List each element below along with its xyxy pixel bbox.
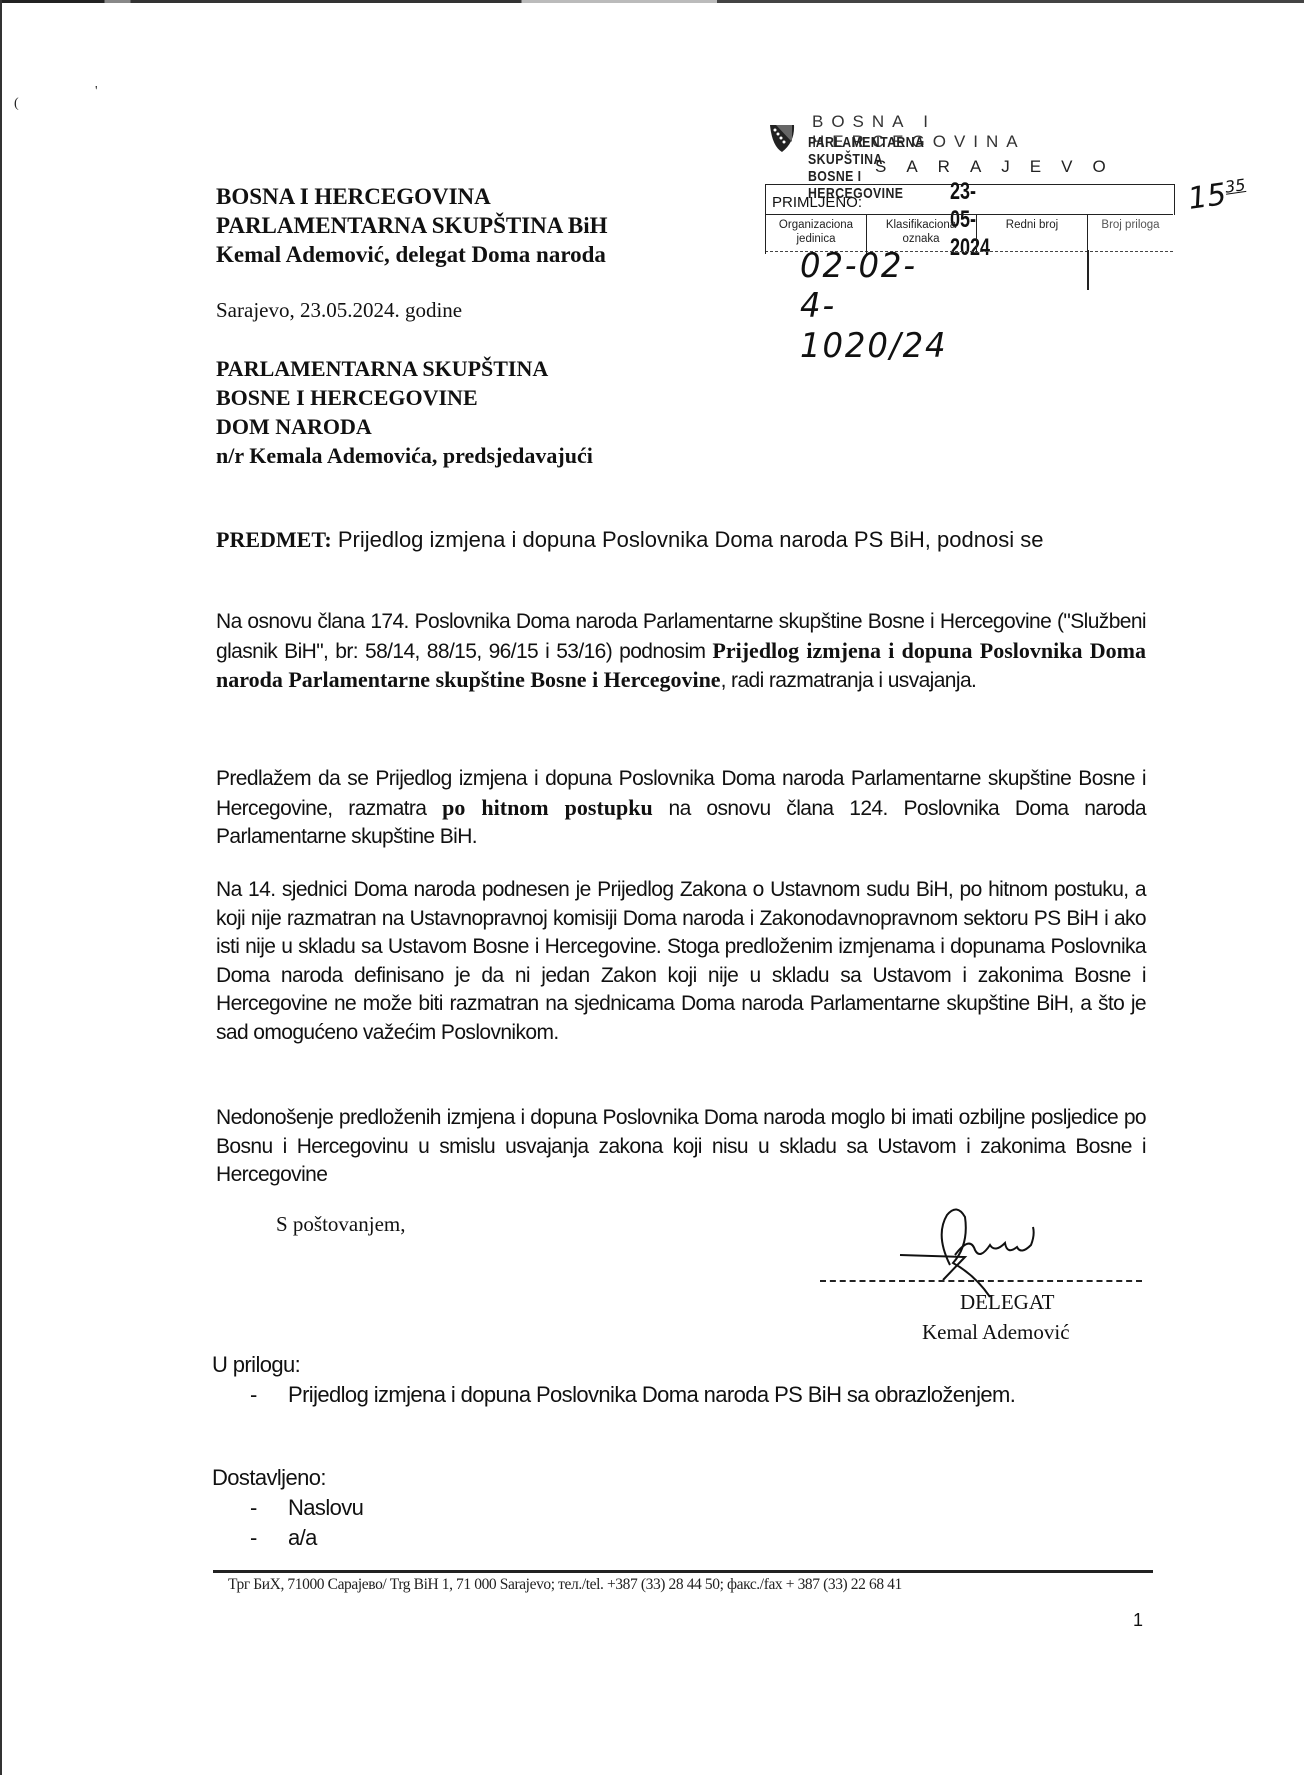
- attachment-item: -Prijedlog izmjena i dopuna Poslovnika D…: [250, 1382, 1015, 1408]
- recipient-line-3: DOM NARODA: [216, 412, 593, 441]
- recipient-line-4: n/r Kemala Ademovića, predsjedavajući: [216, 441, 593, 470]
- stamp-received-label: PRIMLJENO:: [772, 194, 862, 211]
- p1-text-end: , radi razmatranja i usvajanja.: [721, 669, 977, 692]
- received-time-hour: 15: [1186, 177, 1229, 217]
- stamp-registration-number: 02-02-4-1020/24: [800, 246, 947, 366]
- page-number: 1: [1133, 1610, 1143, 1631]
- date-line: Sarajevo, 23.05.2024. godine: [216, 298, 462, 323]
- delivered-item: -a/a: [250, 1525, 317, 1551]
- subject-text: Prijedlog izmjena i dopuna Poslovnika Do…: [332, 527, 1044, 552]
- signature-icon: [895, 1205, 1075, 1300]
- recipient-block: PARLAMENTARNA SKUPŠTINA BOSNE I HERCEGOV…: [216, 354, 593, 470]
- stamp-col-serial: Redni broj: [977, 215, 1088, 254]
- delivered-item-text: a/a: [288, 1525, 317, 1550]
- sender-block: BOSNA I HERCEGOVINA PARLAMENTARNA SKUPŠT…: [216, 182, 607, 269]
- scan-left-edge: [0, 0, 2, 1775]
- scan-speck: ': [95, 84, 98, 100]
- coat-of-arms-icon: [768, 122, 798, 154]
- received-time: 1535: [1186, 174, 1249, 217]
- subject-label: PREDMET:: [216, 527, 332, 552]
- sender-country: BOSNA I HERCEGOVINA: [216, 182, 607, 211]
- p2-bold: po hitnom postupku: [442, 795, 653, 820]
- body-paragraph-4: Nedonošenje predloženih izmjena i dopuna…: [216, 1104, 1146, 1190]
- footer-rule: [213, 1570, 1153, 1573]
- delivered-heading: Dostavljeno:: [212, 1465, 326, 1491]
- closing-greeting: S poštovanjem,: [276, 1212, 406, 1237]
- signatory-name: Kemal Ademović: [922, 1320, 1070, 1345]
- body-paragraph-3: Na 14. sjednici Doma naroda podnesen je …: [216, 876, 1146, 1047]
- delivered-item-text: Naslovu: [288, 1495, 363, 1520]
- signature-line: [820, 1280, 1142, 1282]
- attachment-item-text: Prijedlog izmjena i dopuna Poslovnika Do…: [288, 1382, 1015, 1407]
- body-paragraph-1: Na osnovu člana 174. Poslovnika Doma nar…: [216, 608, 1146, 696]
- stamp-col-attachments: Broj priloga: [1088, 215, 1173, 254]
- recipient-line-1: PARLAMENTARNA SKUPŠTINA: [216, 354, 593, 383]
- sender-person: Kemal Ademović, delegat Doma naroda: [216, 240, 607, 269]
- signatory-title: DELEGAT: [960, 1290, 1054, 1315]
- delivered-item: -Naslovu: [250, 1495, 363, 1521]
- recipient-line-2: BOSNE I HERCEGOVINE: [216, 383, 593, 412]
- received-time-minute: 35: [1224, 175, 1247, 197]
- sender-institution: PARLAMENTARNA SKUPŠTINA BiH: [216, 211, 607, 240]
- stamp-divider: [1087, 250, 1089, 290]
- body-paragraph-2: Predlažem da se Prijedlog izmjena i dopu…: [216, 765, 1146, 852]
- attachments-heading: U prilogu:: [212, 1352, 300, 1378]
- scan-speck: (: [14, 96, 19, 112]
- footer-address: Трг БиХ, 71000 Сарајево/ Trg BiH 1, 71 0…: [228, 1576, 902, 1594]
- stamp-city: SARAJEVO: [875, 157, 1126, 177]
- subject-line: PREDMET: Prijedlog izmjena i dopuna Posl…: [216, 527, 1136, 553]
- scan-top-edge: [0, 0, 1304, 3]
